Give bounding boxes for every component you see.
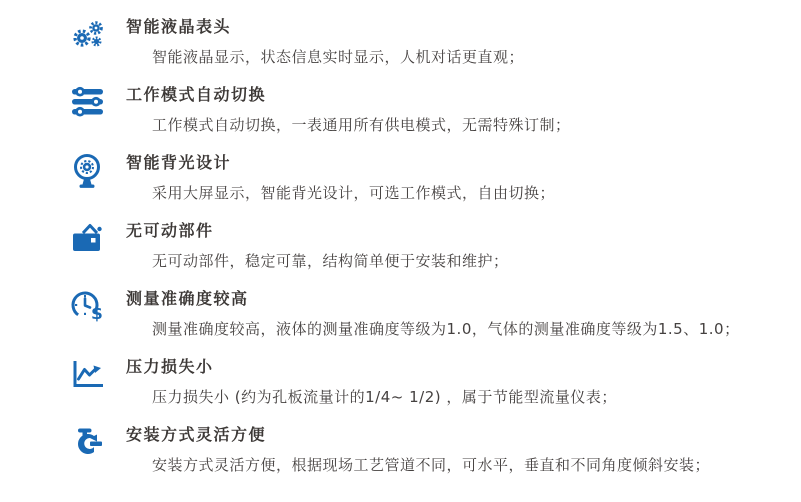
- feature-item: 工作模式自动切换 工作模式自动切换，一表通用所有供电模式，无需特殊订制；: [70, 84, 781, 137]
- feature-description: 采用大屏显示，智能背光设计，可选工作模式，自由切换；: [126, 183, 781, 203]
- pipe-valve-icon: [70, 425, 126, 461]
- feature-description: 压力损失小 (约为孔板流量计的1/4~ 1/2) ，属于节能型流量仪表；: [126, 387, 781, 407]
- feature-description: 安装方式灵活方便，根据现场工艺管道不同，可水平，垂直和不同角度倾斜安装；: [126, 455, 781, 475]
- feature-title: 工作模式自动切换: [126, 84, 781, 106]
- feature-title: 无可动部件: [126, 220, 781, 242]
- svg-text:$: $: [91, 304, 103, 324]
- feature-title: 压力损失小: [126, 356, 781, 378]
- feature-item: $ 测量准确度较高 测量准确度较高，液体的测量准确度等级为1.0，气体的测量准确…: [70, 288, 781, 341]
- backlight-lamp-icon: [70, 153, 126, 195]
- feature-list: 智能液晶表头 智能液晶显示，状态信息实时显示，人机对话更直观； 工作模式自动切换…: [0, 0, 801, 477]
- machine-box-icon: [70, 221, 126, 257]
- feature-title: 安装方式灵活方便: [126, 424, 781, 446]
- clock-dollar-icon: $: [70, 289, 126, 327]
- line-chart-icon: [70, 357, 126, 393]
- feature-description: 工作模式自动切换，一表通用所有供电模式，无需特殊订制；: [126, 115, 781, 135]
- sliders-icon: [70, 85, 126, 121]
- feature-item: 智能背光设计 采用大屏显示，智能背光设计，可选工作模式，自由切换；: [70, 152, 781, 205]
- feature-title: 智能背光设计: [126, 152, 781, 174]
- feature-title: 测量准确度较高: [126, 288, 781, 310]
- feature-description: 测量准确度较高，液体的测量准确度等级为1.0，气体的测量准确度等级为1.5、1.…: [126, 319, 781, 339]
- feature-item: 压力损失小 压力损失小 (约为孔板流量计的1/4~ 1/2) ，属于节能型流量仪…: [70, 356, 781, 409]
- feature-item: 智能液晶表头 智能液晶显示，状态信息实时显示，人机对话更直观；: [70, 16, 781, 69]
- feature-item: 安装方式灵活方便 安装方式灵活方便，根据现场工艺管道不同，可水平，垂直和不同角度…: [70, 424, 781, 477]
- feature-description: 无可动部件，稳定可靠，结构简单便于安装和维护；: [126, 251, 781, 271]
- feature-item: 无可动部件 无可动部件，稳定可靠，结构简单便于安装和维护；: [70, 220, 781, 273]
- feature-description: 智能液晶显示，状态信息实时显示，人机对话更直观；: [126, 47, 781, 67]
- gears-icon: [70, 17, 126, 55]
- feature-title: 智能液晶表头: [126, 16, 781, 38]
